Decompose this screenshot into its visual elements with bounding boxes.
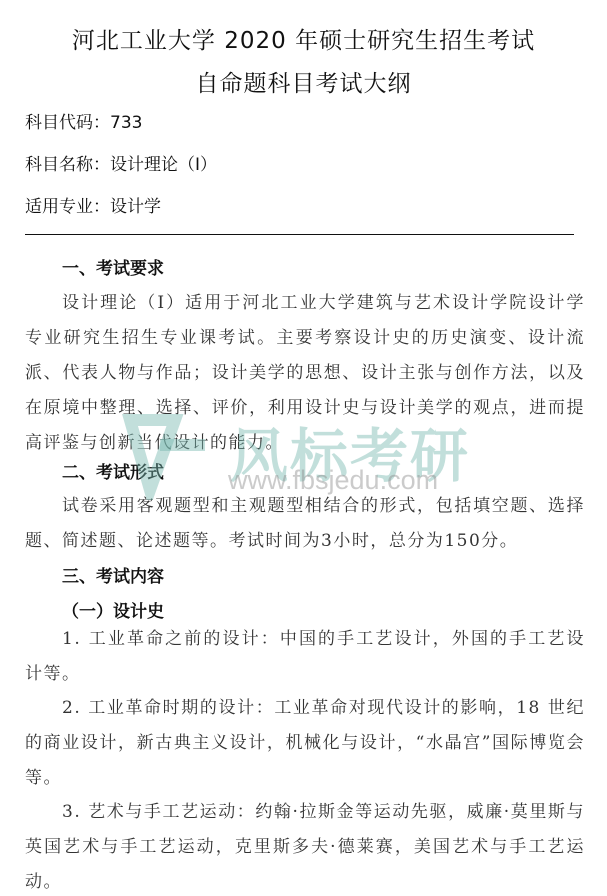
content-item-3: 3. 艺术与手工艺运动：约翰·拉斯金等运动先驱，威廉·莫里斯与英国艺术与手工艺运… — [25, 795, 585, 896]
document-title-line1: 河北工业大学 2020 年硕士研究生招生考试 — [0, 22, 607, 55]
applicable-major: 适用专业：设计学 — [25, 192, 161, 217]
section-paragraph-format: 试卷采用客观题型和主观题型相结合的形式，包括填空题、选择题、简述题、论述题等。考… — [25, 489, 585, 559]
section-heading-format: 二、考试形式 — [62, 458, 164, 483]
section-heading-requirements: 一、考试要求 — [62, 254, 164, 279]
document-title-line2: 自命题科目考试大纲 — [0, 65, 607, 98]
content-item-2: 2. 工业革命时期的设计：工业革命对现代设计的影响，18 世纪的商业设计，新古典… — [25, 691, 585, 796]
subject-name: 科目名称：设计理论（Ⅰ） — [25, 150, 217, 175]
section-heading-content: 三、考试内容 — [62, 562, 164, 587]
subheading-design-history: （一）设计史 — [62, 597, 164, 622]
content-item-1: 1. 工业革命之前的设计：中国的手工艺设计，外国的手工艺设计等。 — [25, 622, 585, 692]
subject-code: 科目代码：733 — [25, 108, 142, 133]
divider — [25, 234, 574, 235]
section-paragraph-requirements: 设计理论（Ⅰ）适用于河北工业大学建筑与艺术设计学院设计学专业研究生招生专业课考试… — [25, 286, 585, 461]
